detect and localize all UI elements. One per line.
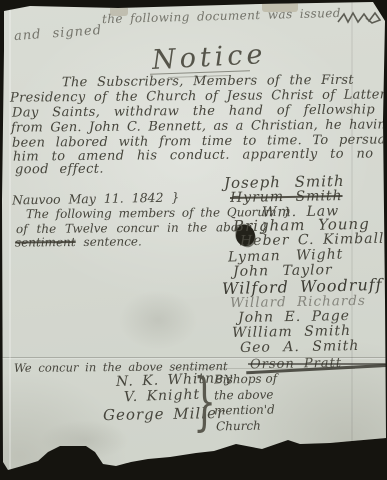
left-note-line: of the Twelve concur in the above } [16,220,268,236]
signature: Geo A. Smith [240,338,360,356]
annotation-side: and signed [14,23,103,44]
bishops-role-line: mention'd [214,402,275,417]
smudge-stain [40,420,130,460]
left-note-rest: sentence. [83,234,141,249]
struck-word: sentiment [15,235,76,250]
bishops-role-line: the above [214,387,274,402]
document-scan: the following document was issued and si… [0,0,387,480]
smudge-stain [118,290,198,350]
paper-sheet: the following document was issued and si… [0,0,387,480]
signature: V. Knight [124,387,201,406]
body-line: good effect. [15,162,104,178]
paper-edge-shadow [9,0,11,480]
bishops-role-line: Bishops of [214,371,277,386]
bishops-brace: } [193,366,216,439]
left-note-line: sentiment sentence. [15,234,142,249]
scribble-mark-icon [336,9,382,29]
annotation-top: the following document was issued [102,6,341,26]
dateline: Nauvoo May 11. 1842 } [12,190,180,208]
bishops-role-line: Church [216,419,261,434]
